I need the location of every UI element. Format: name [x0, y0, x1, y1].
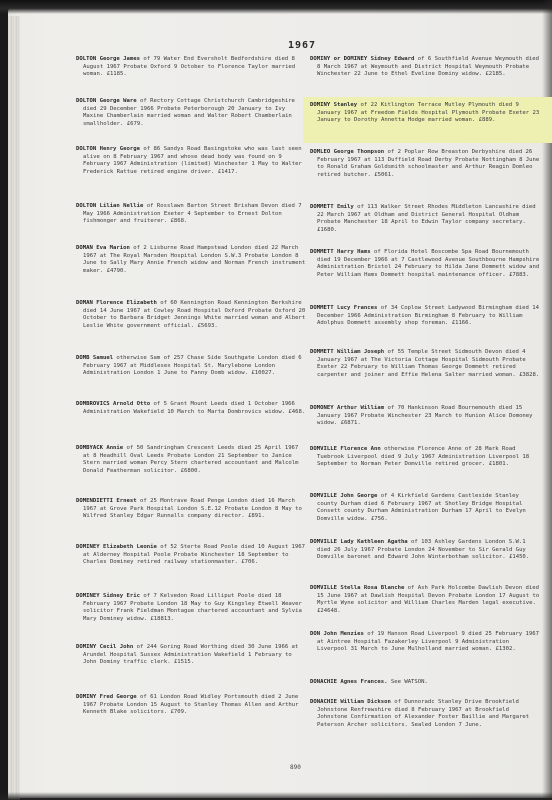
entry-details: otherwise Sam of 257 Chase Side Southgat… [83, 355, 302, 376]
probate-entry: DONACHIE William Dickson of Dunnoradc St… [310, 699, 542, 729]
entry-surname: DOMB [76, 355, 89, 361]
entry-surname: DOMVILLE [310, 446, 337, 452]
probate-entry: DOMINEY Elizabeth Leonie of 52 Sterte Ro… [76, 544, 308, 567]
probate-entry: DOMONEY Arthur William of 70 Hankinson R… [310, 405, 542, 428]
entry-given-names: Sidney Edward [367, 56, 414, 62]
probate-entry: DOMLEO George Thompson of 2 Poplar Row B… [310, 149, 542, 179]
probate-entry: DOMINEY Sidney Eric of 7 Kelvedon Road L… [76, 593, 308, 623]
entry-given-names: Stanley [330, 102, 357, 108]
entry-surname: DOMAN [76, 300, 93, 306]
entry-surname: DOMBROVICS [76, 401, 110, 407]
entry-given-names: Annie [103, 445, 123, 451]
entry-surname: DOLTON [76, 203, 96, 209]
entry-given-names: William Dickson [337, 699, 391, 705]
entry-surname: DOMMETT [310, 305, 334, 311]
entry-given-names: Harry Hams [334, 249, 371, 255]
probate-entry: DOMB Samuel otherwise Sam of 257 Chase S… [76, 355, 308, 378]
probate-entry: DOMVILLE John George of 4 Kirkfield Gard… [310, 493, 542, 523]
entry-surname: DONACHIE [310, 699, 337, 705]
probate-entry: DOMINY Fred George of 61 London Road Wid… [76, 694, 308, 717]
entry-surname: DOLTON [76, 98, 96, 104]
entry-surname: DOMMETT [310, 249, 334, 255]
entry-given-names: Agnes Frances. [337, 679, 388, 685]
entry-surname: DOMVILLE [310, 539, 337, 545]
entry-surname: DOMINY or DOMINEY [310, 56, 367, 62]
entry-given-names: Arnold Otto [110, 401, 150, 407]
probate-entry: DOLTON George James of 79 Water End Ever… [76, 56, 308, 79]
entry-surname: DOMLEO [310, 149, 330, 155]
entry-given-names: Florence Elizabeth [93, 300, 157, 306]
entry-given-names: William Joseph [334, 349, 385, 355]
probate-entry: DOLTON Lilian Nellie of Rosslawn Barton … [76, 203, 308, 226]
probate-entry-highlighted: DOMINY Stanley of 22 Kitlington Terrace … [310, 102, 542, 125]
entry-surname: DOMENDIETTI [76, 498, 113, 504]
entry-given-names: Lilian Nellie [96, 203, 143, 209]
scan-top-shadow [0, 0, 552, 14]
probate-entry: DOMINY Cecil John of 244 Goring Road Wor… [76, 644, 308, 667]
entry-surname: DOMINY [76, 644, 96, 650]
probate-entry: DOMVILLE Stella Rosa Blanche of Ash Park… [310, 585, 542, 615]
probate-entry: DON John Menzies of 19 Hanson Road Liver… [310, 631, 542, 654]
entry-given-names: Florence Ann [337, 446, 381, 452]
entry-surname: DOMONEY [310, 405, 334, 411]
probate-entry: DOMMETT Harry Hams of Florida Hotel Bosc… [310, 249, 542, 279]
entry-given-names: Ernest [113, 498, 137, 504]
probate-entry: DOMMETT Lucy Frances of 34 Coplow Street… [310, 305, 542, 328]
entry-given-names: Emily [334, 204, 354, 210]
entry-surname: DOLTON [76, 146, 96, 152]
entry-given-names: Arthur William [334, 405, 385, 411]
page-year-heading: 1967 [288, 40, 316, 51]
entry-surname: DOLTON [76, 56, 96, 62]
entry-given-names: Sidney Eric [100, 593, 140, 599]
probate-entry: DOMVILLE Florence Ann otherwise Florence… [310, 446, 542, 469]
entry-given-names: Cecil John [96, 644, 133, 650]
entry-surname: DOMBYACK [76, 445, 103, 451]
probate-entry: DONACHIE Agnes Frances. See WATSON. [310, 679, 542, 687]
entry-given-names: Stella Rosa Blanche [337, 585, 404, 591]
entry-surname: DOMVILLE [310, 493, 337, 499]
entry-given-names: Elizabeth Leonie [100, 544, 157, 550]
entry-given-names: George Thompson [330, 149, 384, 155]
entry-details: See WATSON. [387, 679, 427, 685]
probate-entry: DOLTON George Ware of Rectory Cottage Ch… [76, 98, 308, 128]
entry-given-names: Lady Kathleen Agatha [337, 539, 408, 545]
entry-given-names: Eva Marion [93, 245, 130, 251]
entry-surname: DON [310, 631, 320, 637]
entry-given-names: George James [96, 56, 140, 62]
entry-surname: DOMINEY [76, 593, 100, 599]
entry-surname: DONACHIE [310, 679, 337, 685]
probate-entry: DOMINY or DOMINEY Sidney Edward of 6 Sou… [310, 56, 542, 79]
entry-given-names: Lucy Frances [334, 305, 378, 311]
probate-entry: DOMAN Florence Elizabeth of 60 Kenningto… [76, 300, 308, 330]
entry-surname: DOMINY [310, 102, 330, 108]
entry-surname: DOMINEY [76, 544, 100, 550]
entry-surname: DOMINY [76, 694, 96, 700]
scan-bottom-shadow [0, 792, 552, 800]
page-number: 890 [290, 764, 301, 771]
entry-surname: DOMVILLE [310, 585, 337, 591]
probate-entry: DOMMETT William Joseph of 55 Temple Stre… [310, 349, 542, 379]
probate-entry: DOMBYACK Annie of 50 Sandringham Crescen… [76, 445, 308, 475]
entry-surname: DOMAN [76, 245, 93, 251]
probate-entry: DOMAN Eva Marion of 2 Lisburne Road Hamp… [76, 245, 308, 275]
entry-given-names: John George [337, 493, 377, 499]
entry-surname: DOMMETT [310, 204, 334, 210]
page-stack-edge [8, 16, 20, 800]
probate-entry: DOMBROVICS Arnold Otto of 5 Grant Mount … [76, 401, 308, 416]
entry-given-names: Samuel [89, 355, 113, 361]
entry-given-names: John Menzies [320, 631, 364, 637]
probate-entry: DOMENDIETTI Ernest of 25 Montrave Road P… [76, 498, 308, 521]
entry-given-names: Henry George [96, 146, 140, 152]
probate-entry: DOMMETT Emily of 113 Walker Street Rhode… [310, 204, 542, 234]
probate-entry: DOMVILLE Lady Kathleen Agatha of 103 Ash… [310, 539, 542, 562]
entry-surname: DOMMETT [310, 349, 334, 355]
entry-given-names: Fred George [96, 694, 136, 700]
probate-entry: DOLTON Henry George of 86 Sandys Road Ba… [76, 146, 308, 176]
entry-given-names: George Ware [96, 98, 136, 104]
